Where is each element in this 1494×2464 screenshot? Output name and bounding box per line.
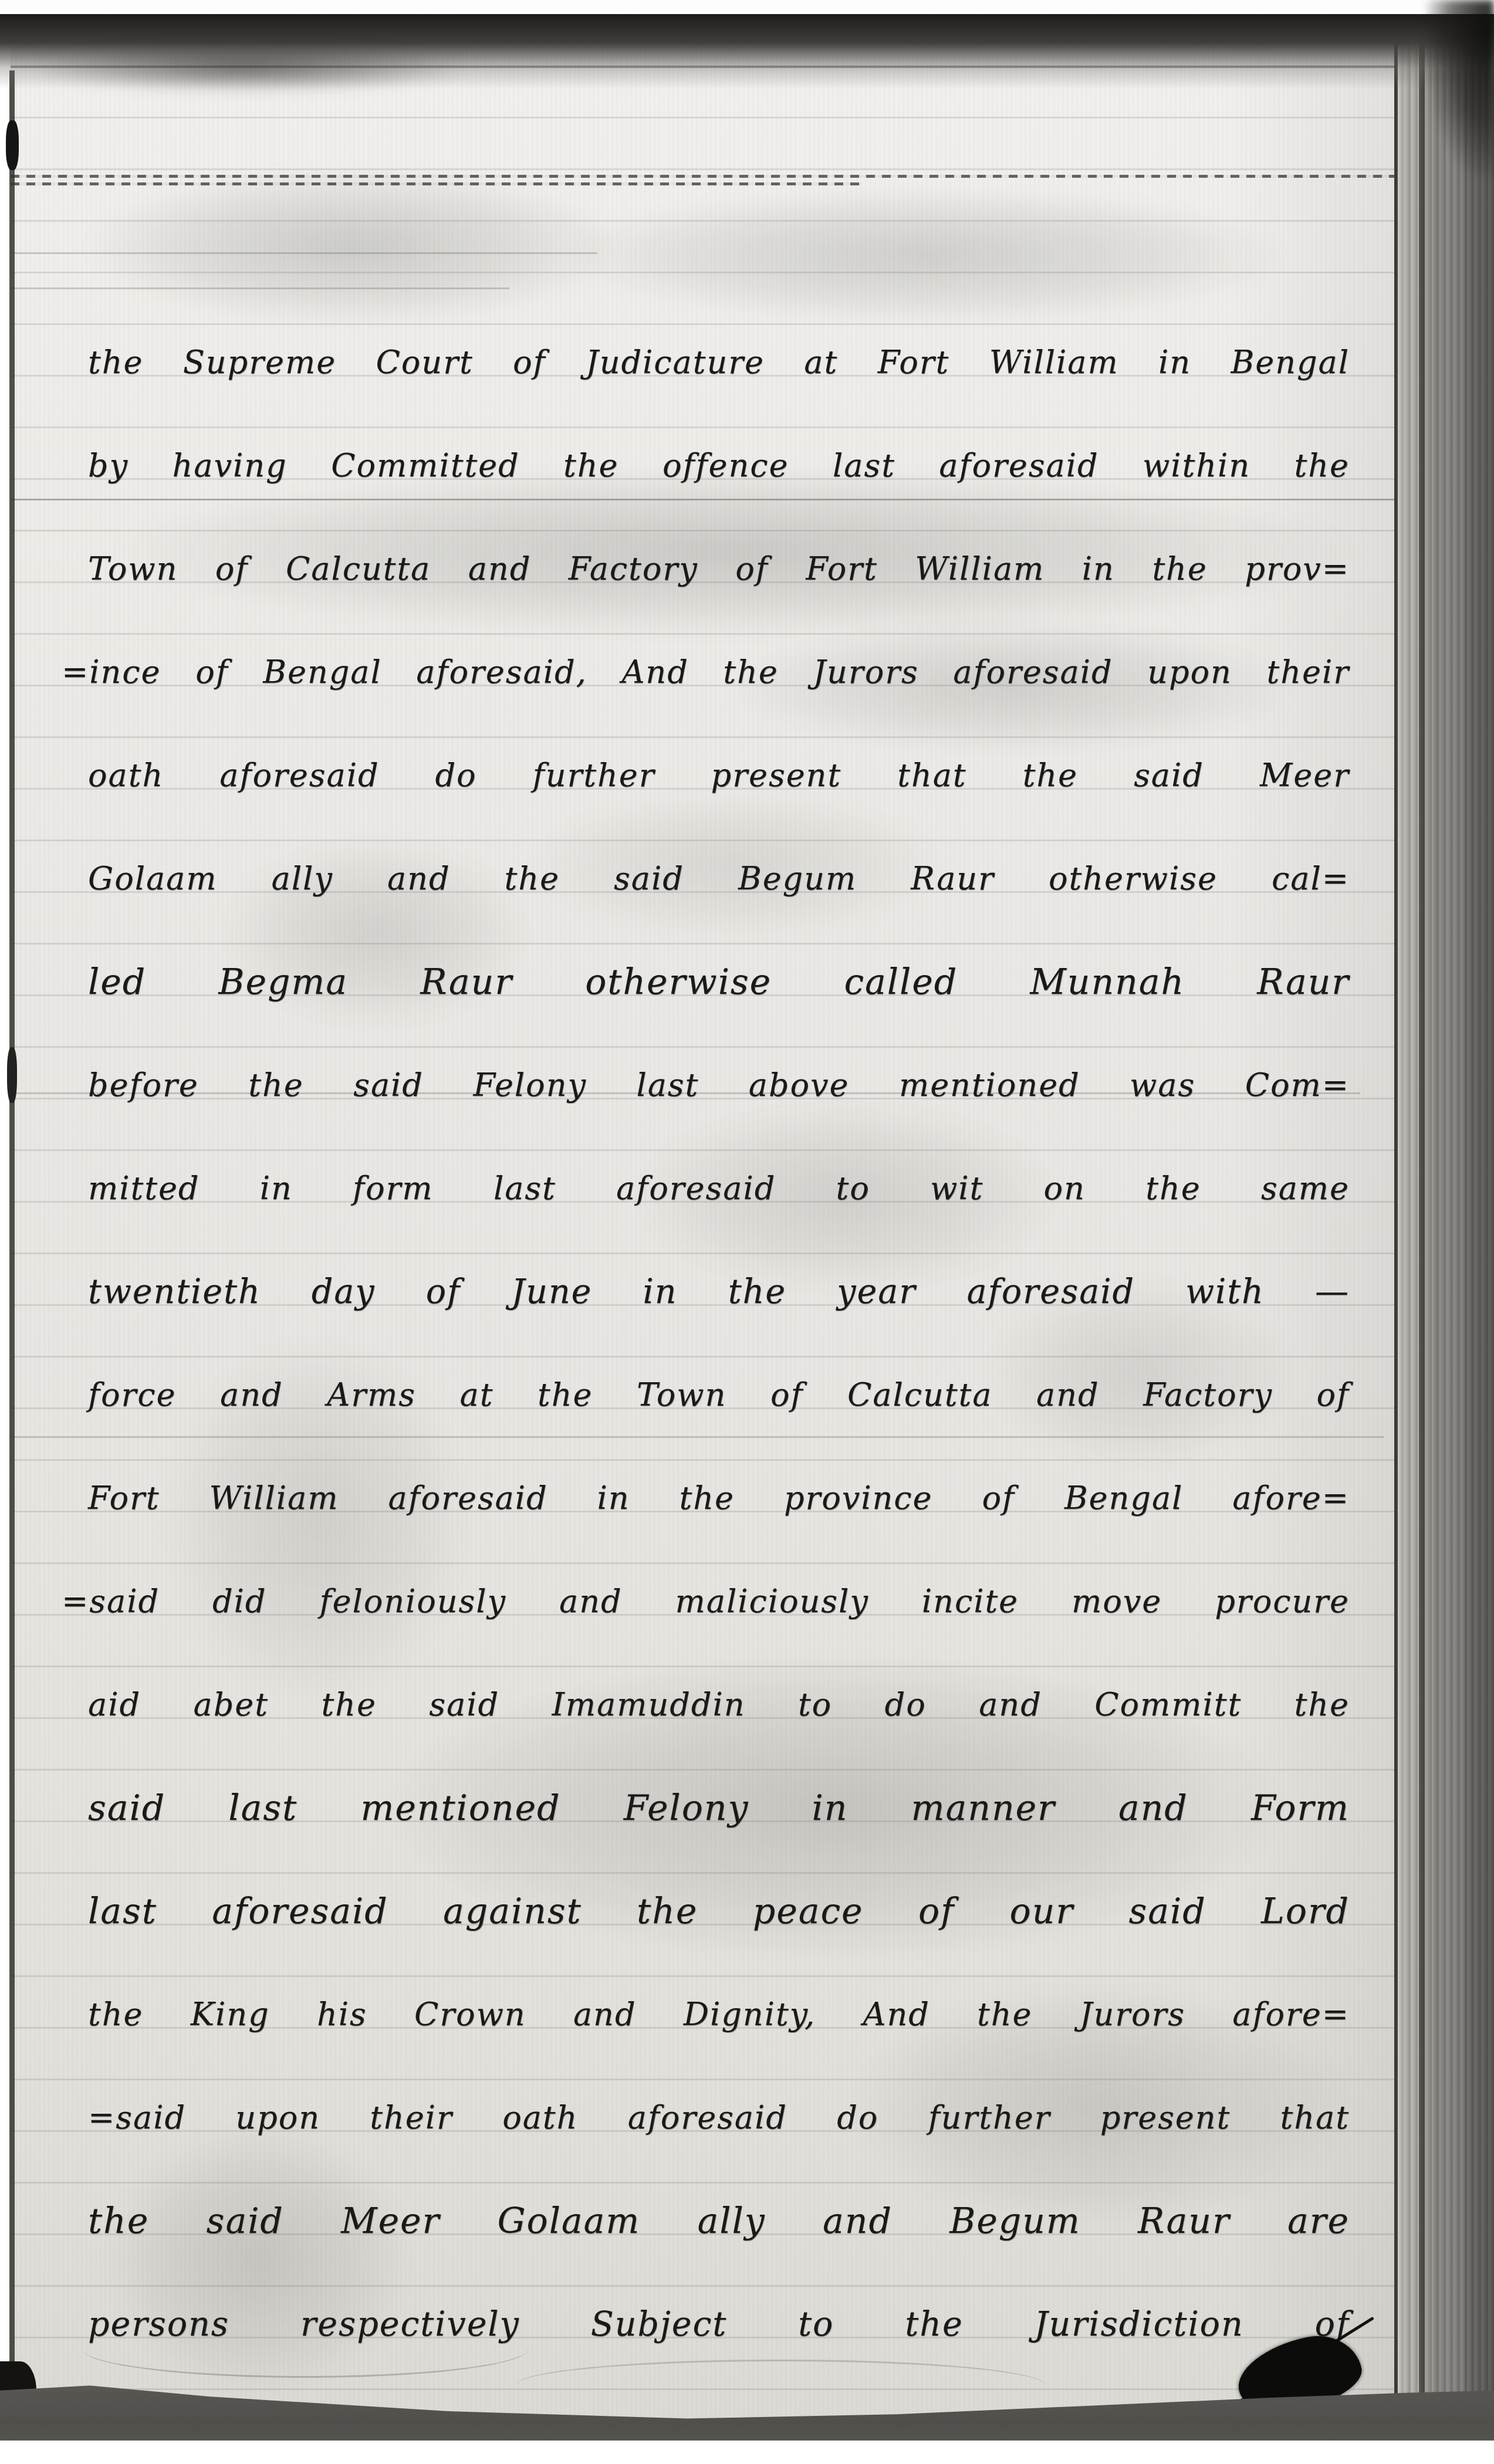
- manuscript-line: last aforesaid against the peace of our …: [88, 1860, 1350, 1963]
- scanned-manuscript-page: the Supreme Court of Judicature at Fort …: [0, 0, 1494, 2464]
- page-left-edge: [9, 70, 15, 2399]
- manuscript-line: Town of Calcutta and Factory of Fort Wil…: [88, 517, 1350, 621]
- manuscript-line: the said Meer Golaam ally and Begum Raur…: [88, 2169, 1350, 2273]
- book-binding-edge: [1394, 15, 1494, 2444]
- page-edge-mark: [7, 1047, 17, 1103]
- top-scan-shadow: [23, 41, 469, 94]
- manuscript-line: Golaam ally and the said Begum Raur othe…: [88, 827, 1350, 930]
- manuscript-line: led Begma Raur otherwise called Munnah R…: [88, 930, 1350, 1034]
- manuscript-line: twentieth day of June in the year afores…: [88, 1240, 1350, 1343]
- manuscript-line: oath aforesaid do further present that t…: [88, 724, 1350, 827]
- manuscript-line: =said upon their oath aforesaid do furth…: [88, 2066, 1350, 2169]
- scan-margin-bottom: [0, 2441, 1494, 2464]
- page-edge-mark: [6, 120, 19, 170]
- manuscript-line: mitted in form last aforesaid to wit on …: [88, 1137, 1350, 1240]
- manuscript-line: before the said Felony last above mentio…: [88, 1034, 1350, 1137]
- manuscript-line: =said did feloniously and maliciously in…: [62, 1550, 1350, 1653]
- manuscript-line: the Supreme Court of Judicature at Fort …: [88, 311, 1350, 414]
- manuscript-line: aid abet the said Imamuddin to do and Co…: [88, 1653, 1350, 1756]
- manuscript-line: by having Committed the offence last afo…: [88, 414, 1350, 517]
- manuscript-line: =ince of Bengal aforesaid, And the Juror…: [62, 621, 1350, 724]
- manuscript-line: Fort William aforesaid in the province o…: [88, 1447, 1350, 1550]
- scan-margin-top: [0, 0, 1494, 15]
- manuscript-line: the King his Crown and Dignity, And the …: [88, 1963, 1350, 2066]
- manuscript-line: said last mentioned Felony in manner and…: [88, 1756, 1350, 1860]
- manuscript-line: persons respectively Subject to the Juri…: [88, 2273, 1350, 2376]
- manuscript-line: force and Arms at the Town of Calcutta a…: [88, 1343, 1350, 1447]
- handwritten-text: the Supreme Court of Judicature at Fort …: [0, 311, 1494, 2376]
- corner-shadow: [1426, 0, 1494, 176]
